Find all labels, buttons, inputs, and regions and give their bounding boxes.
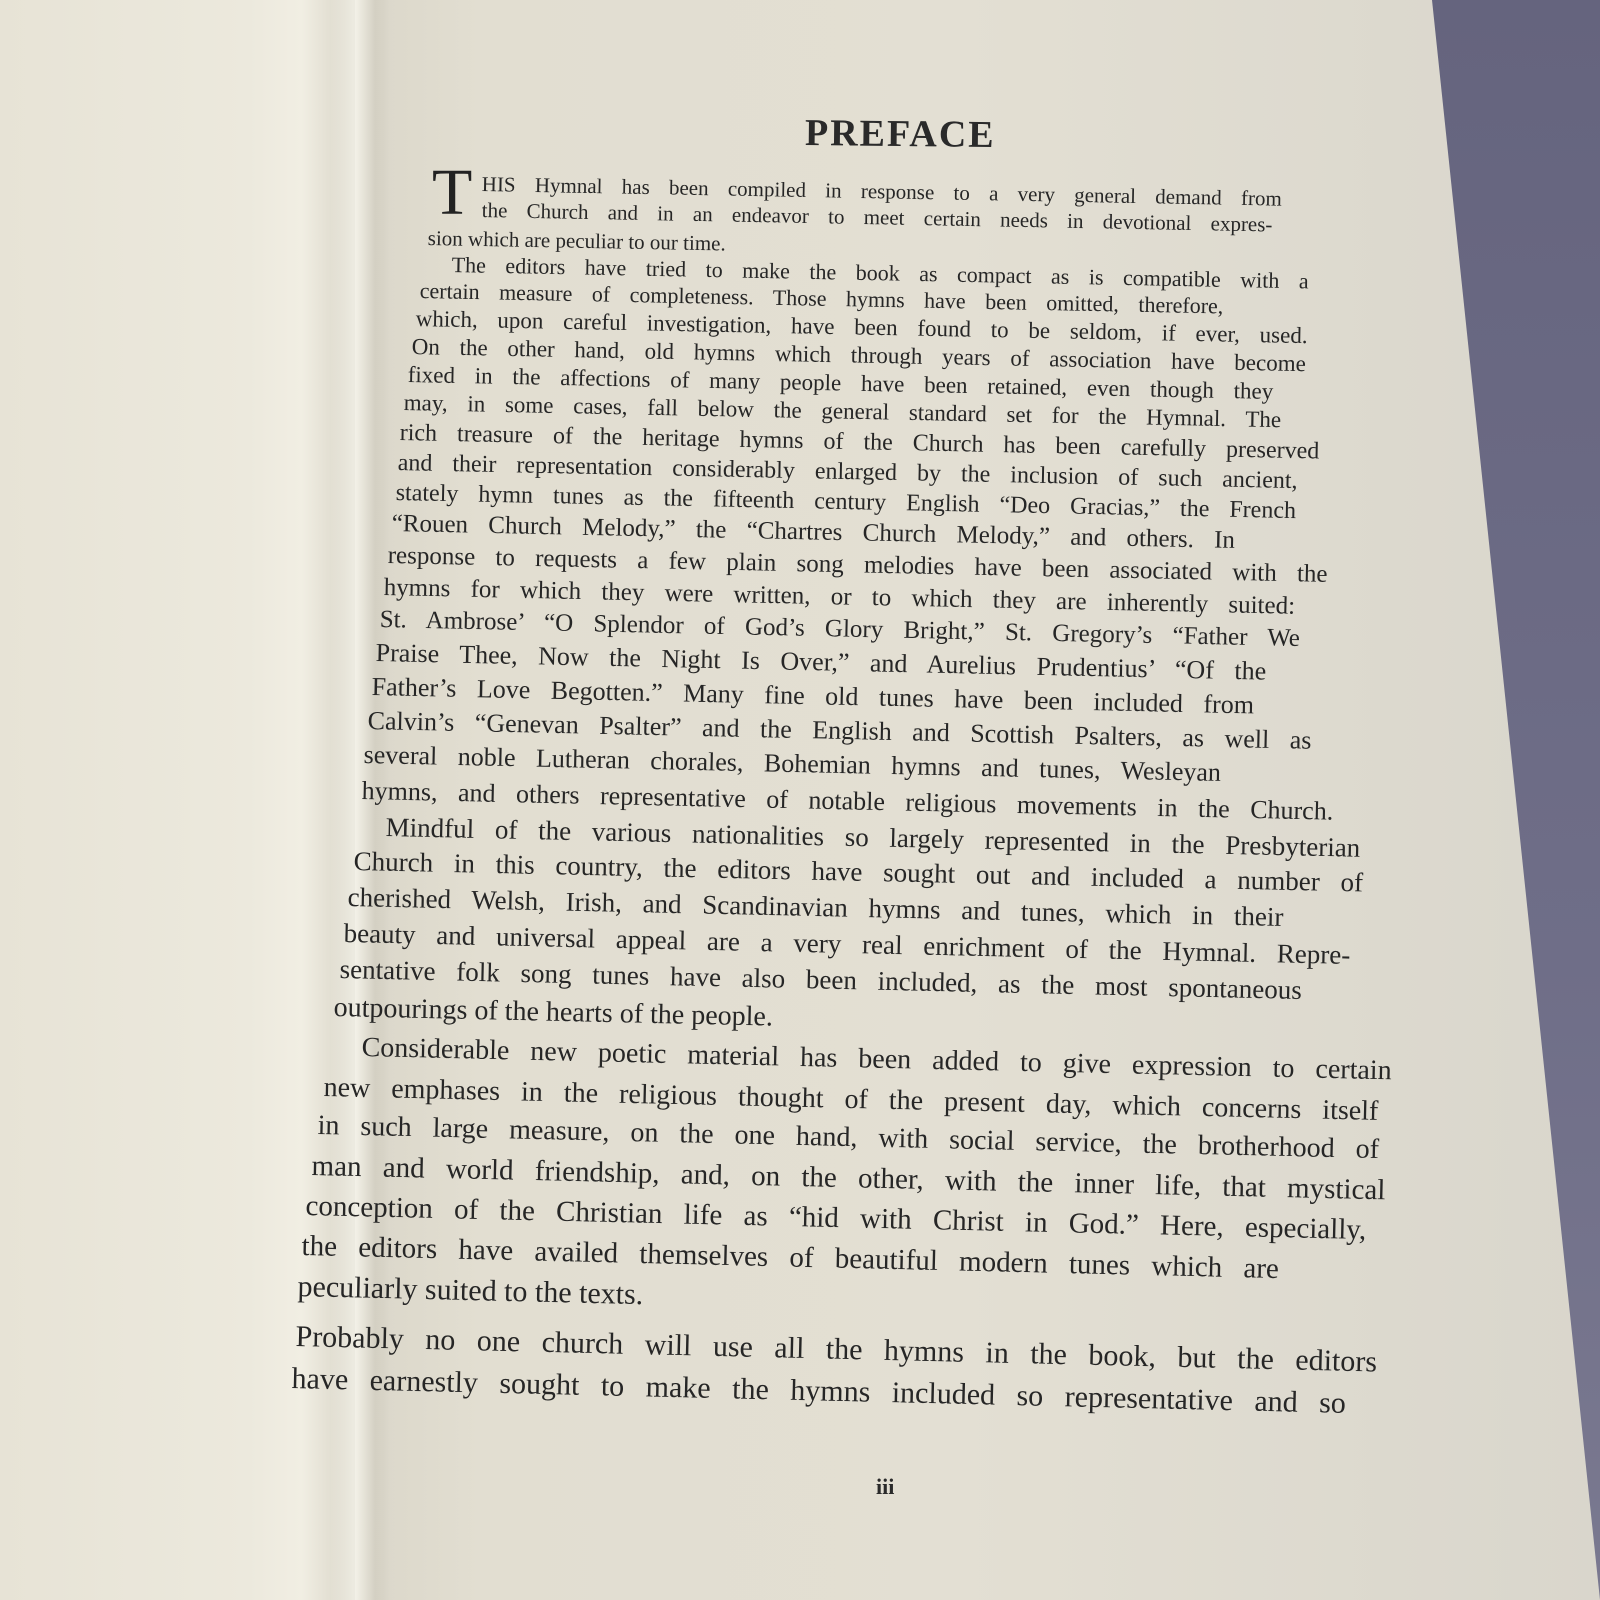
book-page: PREFACE T HIS Hymnal has been compiled i… (0, 0, 1600, 1600)
text-line: outpourings of the hearts of the people. (333, 992, 773, 1034)
drop-cap: T (432, 160, 472, 226)
page-title: PREFACE (805, 111, 996, 157)
left-page (0, 0, 355, 1600)
page-number: iii (876, 1474, 894, 1500)
